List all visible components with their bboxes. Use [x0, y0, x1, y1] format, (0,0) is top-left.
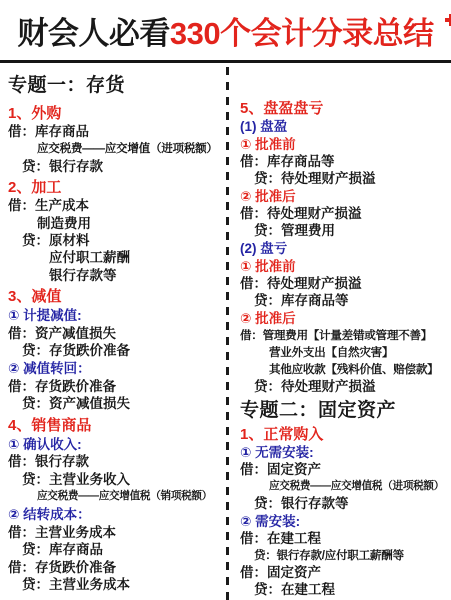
entry-line: 应交税费——应交增值税（进项税额）	[240, 478, 447, 495]
entry-line: 借：固定资产	[240, 461, 447, 478]
entry-line: 借：固定资产	[240, 564, 447, 581]
entry-line: 贷：待处理财产损溢	[240, 378, 447, 395]
entry-line: 借：存货跌价准备	[8, 378, 225, 395]
subsection-heading: ② 减值转回：	[8, 360, 225, 377]
entry-line: 贷：待处理财产损溢	[240, 170, 447, 187]
entry-line: 借：银行存款	[8, 453, 225, 470]
page-title-black: 财会人必看	[17, 8, 170, 53]
entry-line: 贷：主营业务成本	[8, 576, 225, 593]
entry-line: 借：主营业务成本	[8, 524, 225, 541]
entry-line: 贷：管理费用	[240, 222, 447, 239]
right-column: 5、盘盈盘亏 (1) 盘盈 ① 批准前 借：库存商品等 贷：待处理财产损溢 ② …	[240, 63, 447, 600]
left-column: 专题一：存货 1、外购 借：库存商品 应交税费——应交增值（进项税额） 贷：银行…	[8, 63, 225, 600]
subsection-heading: (2) 盘亏	[240, 240, 447, 257]
page-title: 财会人必看330个会计分录总结	[0, 0, 451, 60]
entry-line: 借：管理费用【计量差错或管理不善】	[240, 327, 447, 344]
entry-line: 贷：主营业务收入	[8, 471, 225, 488]
entry-line: 应付职工薪酬	[8, 249, 225, 266]
entry-line: 贷：库存商品等	[240, 292, 447, 309]
stage-heading: ① 批准前	[240, 258, 447, 275]
section-heading: 4、销售商品	[8, 416, 225, 435]
corner-red-plus-icon	[439, 13, 451, 29]
subsection-heading: ② 结转成本：	[8, 506, 225, 523]
topic-heading: 专题二：固定资产	[240, 399, 447, 423]
topic-heading: 专题一：存货	[8, 73, 225, 99]
entry-line: 借：在建工程	[240, 530, 447, 547]
entry-line: 银行存款等	[8, 267, 225, 284]
entry-line: 营业外支出【自然灾害】	[240, 344, 447, 361]
subsection-heading: ① 确认收入:	[8, 436, 225, 453]
section-heading: 2、加工	[8, 178, 225, 197]
stage-heading: ② 批准后	[240, 188, 447, 205]
entry-line: 贷：在建工程	[240, 581, 447, 598]
subsection-heading: (1) 盘盈	[240, 118, 447, 135]
entry-line: 贷：存货跌价准备	[8, 342, 225, 359]
entry-line: 借：资产减值损失	[8, 325, 225, 342]
entry-line: 借：库存商品等	[240, 153, 447, 170]
section-heading: 3、减值	[8, 287, 225, 306]
entry-line: 借：待处理财产损溢	[240, 205, 447, 222]
entry-line: 应交税费——应交增值（进项税额）	[8, 140, 225, 157]
entry-line: 贷：资产减值损失	[8, 395, 225, 412]
section-heading: 5、盘盈盘亏	[240, 100, 447, 117]
entry-line: 其他应收款【残料价值、赔偿款】	[240, 361, 447, 378]
entry-line: 制造费用	[8, 215, 225, 232]
section-heading: 1、正常购入	[240, 426, 447, 443]
entry-line: 贷：银行存款	[8, 158, 225, 175]
stage-heading: ① 批准前	[240, 136, 447, 153]
entry-line: 借：存货跌价准备	[8, 559, 225, 576]
entry-line: 贷：库存商品	[8, 541, 225, 558]
stage-heading: ② 批准后	[240, 310, 447, 327]
column-dashed-divider	[226, 67, 229, 600]
entry-line: 借：生产成本	[8, 197, 225, 214]
entry-line: 借：待处理财产损溢	[240, 275, 447, 292]
entry-line: 贷：银行存款/应付职工薪酬等	[240, 547, 447, 564]
entry-line: 应交税费——应交增值税（销项税额）	[8, 488, 225, 505]
entry-line: 借：库存商品	[8, 123, 225, 140]
subsection-heading: ② 需安装:	[240, 513, 447, 530]
subsection-heading: ① 无需安装:	[240, 444, 447, 461]
entry-line: 贷：银行存款等	[240, 495, 447, 512]
section-heading: 1、外购	[8, 104, 225, 123]
subsection-heading: ① 计提减值:	[8, 307, 225, 324]
entry-line: 贷：原材料	[8, 232, 225, 249]
page-title-red: 330个会计分录总结	[170, 8, 434, 53]
